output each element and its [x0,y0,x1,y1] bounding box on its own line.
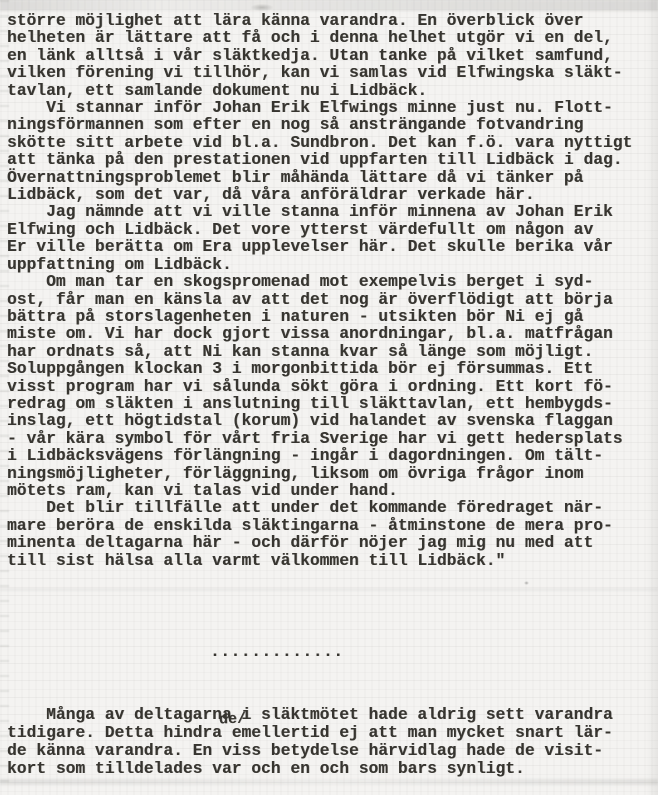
scan-artifact-right-band [646,0,658,795]
scan-artifact-mid-streak [0,588,658,591]
closing-paragraph-text: Många av deltagarna i släktmötet hade al… [7,706,613,778]
scanned-document-page: större möjlighet att lära känna varandra… [0,0,658,795]
main-body-text: större möjlighet att lära känna varandra… [7,12,632,569]
scan-artifact-bottom-streak [0,779,658,785]
separator-dots: ............. [210,643,344,660]
scan-artifact-top-band [0,0,658,11]
scan-artifact-speck [524,581,529,585]
scan-artifact-speck [251,4,273,11]
